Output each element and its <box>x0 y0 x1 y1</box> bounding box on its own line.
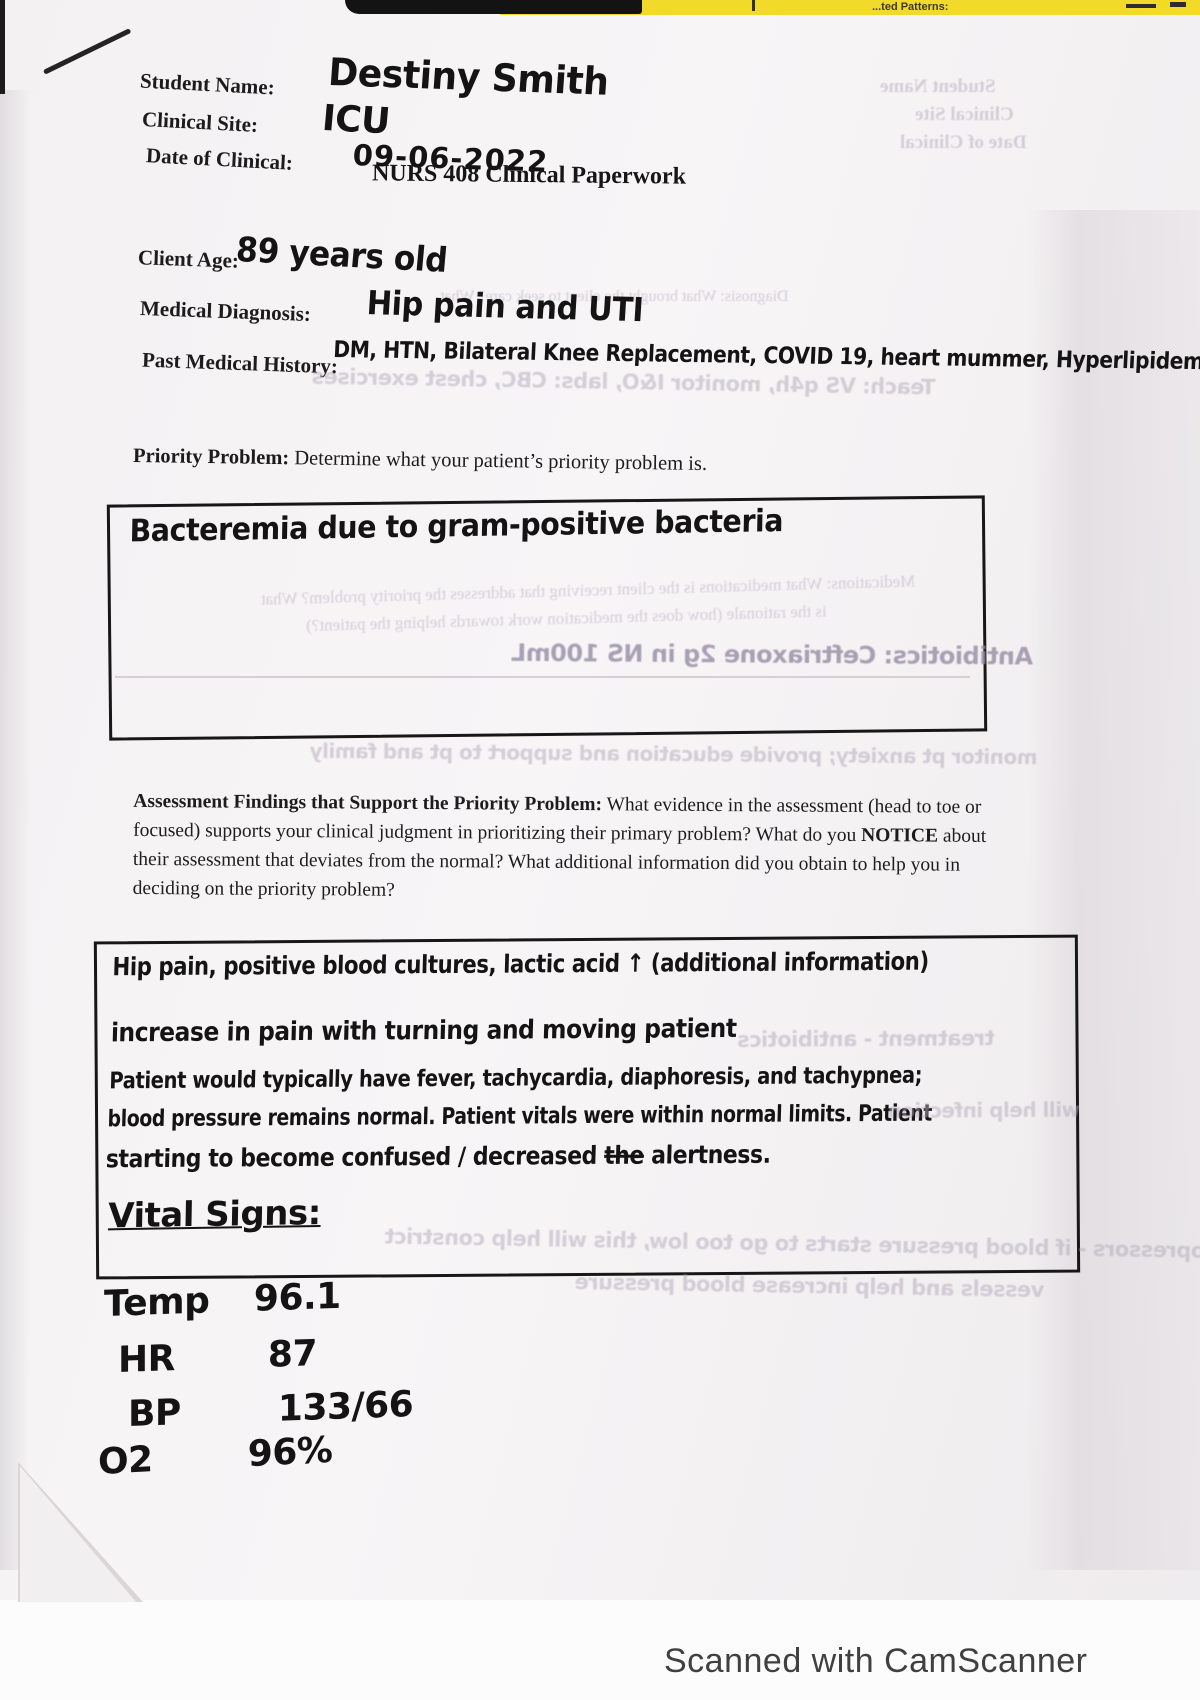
vital-value: 87 <box>268 1333 317 1376</box>
bleedthrough-text: Antibiotics: Ceftriaxone 2g in NS 100mL <box>511 639 1033 671</box>
bleedthrough-text: Clinical Site <box>915 104 1014 126</box>
bleedthrough-text: will help infection <box>888 1098 1080 1123</box>
assessment-findings-paragraph: Assessment Findings that Support the Pri… <box>133 787 1014 909</box>
vital-row-hr: HR 87 <box>118 1333 317 1381</box>
bleedthrough-text: Date of Clinical <box>900 132 1027 154</box>
scan-artifact-black-wedge <box>345 0 642 14</box>
vital-label: O2 <box>98 1434 249 1483</box>
page-edge-shadow-left <box>0 90 30 1570</box>
vital-label: Temp <box>104 1279 254 1325</box>
priority-problem-label: Priority Problem: <box>133 445 289 469</box>
bleedthrough-text: is the rationale (how does the medicatio… <box>306 602 827 637</box>
priority-answer-box: Bacteremia due to gram-positive bacteria… <box>107 495 987 740</box>
assessment-prompt-notice: NOTICE <box>861 825 938 847</box>
assessment-answer-line-strike: starting to become confused / decreased … <box>105 1140 771 1174</box>
scan-artifact-tick <box>752 0 755 11</box>
priority-problem-prompt: Determine what your patient’s priority p… <box>289 447 707 475</box>
clinical-site-value: ICU <box>320 98 391 142</box>
bleedthrough-text: treatment - antibiotics <box>737 1026 994 1052</box>
vital-value: 96.1 <box>254 1276 341 1320</box>
vital-value: 133/66 <box>278 1384 413 1430</box>
client-age-label: Client Age: <box>138 245 240 274</box>
assessment-findings-label: Assessment Findings that Support the Pri… <box>133 791 602 815</box>
scan-artifact-edge-line <box>0 0 5 94</box>
strip-text-fragment: ...ted Patterns: <box>872 1 948 13</box>
vital-label: BP <box>128 1389 278 1435</box>
page-edge-shadow-right <box>1028 210 1200 1570</box>
answer-line5-struck-word: the <box>604 1141 645 1170</box>
bleedthrough-box-line <box>115 676 970 678</box>
vital-row-temp: Temp 96.1 <box>104 1276 341 1325</box>
bleedthrough-text: Student Name <box>880 76 996 98</box>
vital-value: 96% <box>247 1430 332 1475</box>
vital-signs-title: Vital Signs: <box>108 1193 321 1236</box>
assessment-answer-line: Patient would typically have fever, tach… <box>109 1063 922 1095</box>
scan-artifact-dash <box>1126 4 1156 8</box>
answer-line5-post: alertness. <box>644 1140 771 1170</box>
answer-line5-pre: starting to become confused / decreased <box>105 1141 604 1173</box>
camscanner-watermark: Scanned with CamScanner <box>664 1642 1088 1681</box>
vital-label: HR <box>118 1335 268 1381</box>
medical-diagnosis-value: Hip pain and UTI <box>366 283 645 329</box>
assessment-answer-line: Hip pain, positive blood cultures, lacti… <box>112 947 929 982</box>
assessment-answer-line: blood pressure remains normal. Patient v… <box>107 1101 932 1133</box>
scan-artifact-dash <box>1170 2 1186 7</box>
priority-answer-value: Bacteremia due to gram-positive bacteria <box>129 503 783 549</box>
form-title: NURS 408 Clinical Paperwork <box>372 160 686 190</box>
assessment-answer-line: increase in pain with turning and moving… <box>111 1014 737 1048</box>
